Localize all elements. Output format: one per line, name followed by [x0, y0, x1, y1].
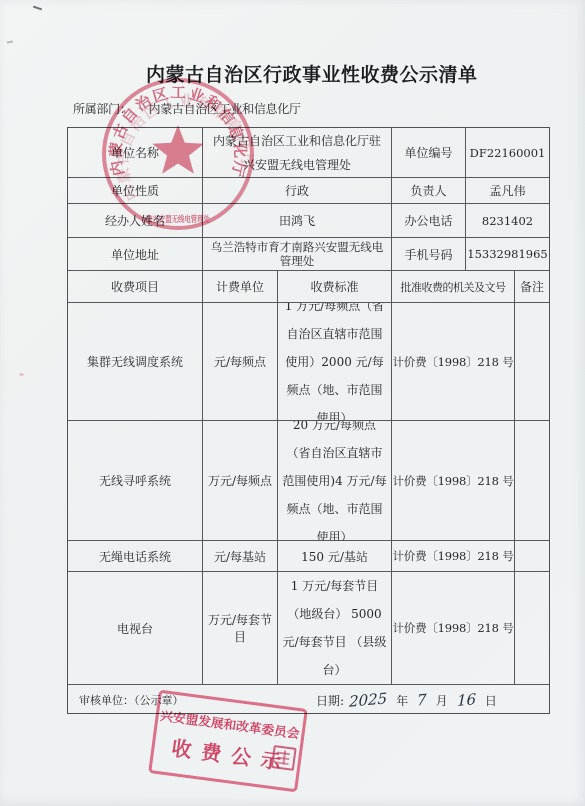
fee-standard: 1 万元/每频点（省自治区直辖市范围使用）2000 元/每频点（地、市范围使用）: [278, 303, 392, 421]
fee-row: 无线寻呼系统 万元/每频点 20 万元/每频点（省自治区直辖市范围使用)4 万元…: [68, 421, 549, 541]
date-line: 日期: 2025 年 7 月 16 日: [316, 691, 501, 709]
handwritten-month: 7: [417, 691, 427, 710]
fee-authority: 计价费〔1998〕218 号: [392, 541, 515, 572]
mobile-label: 手机号码: [392, 238, 466, 271]
round-official-seal-icon: 内蒙古自治区工业和信息化厅 内蒙古自治区工业和信息化厅 驻兴安盟无线电管理处: [99, 75, 259, 235]
unit-code-label: 单位编号: [392, 128, 466, 178]
handwritten-year: 2025: [349, 689, 387, 710]
fee-item: 无绳电话系统: [68, 541, 203, 572]
principal-label: 负责人: [392, 178, 466, 204]
fee-row: 集群无线调度系统 元/每频点 1 万元/每频点（省自治区直辖市范围使用）2000…: [68, 303, 549, 421]
fee-authority: 计价费〔1998〕218 号: [392, 303, 515, 421]
fee-row: 无绳电话系统 元/每基站 150 元/基站 计价费〔1998〕218 号: [68, 541, 549, 572]
fee-item: 电视台: [68, 572, 203, 685]
handwritten-day: 16: [457, 690, 476, 710]
fee-standard: 150 元/基站: [278, 541, 392, 572]
fee-authority: 计价费〔1998〕218 号: [392, 421, 515, 541]
fee-authority: 计价费〔1998〕218 号: [392, 572, 515, 685]
seal-inner-text: 驻兴安盟无线电管理处: [146, 214, 210, 225]
col-header-authority: 批准收费的机关及文号: [392, 271, 515, 303]
fee-note: [515, 541, 549, 572]
month-suffix: 月: [436, 692, 448, 709]
fee-header-row: 收费项目 计费单位 收费标准 批准收费的机关及文号 备注: [68, 271, 549, 303]
fee-note: [515, 572, 549, 685]
col-header-note: 备注: [515, 271, 549, 303]
unit-code-value: DF22160001: [466, 128, 549, 178]
date-label: 日期:: [316, 692, 344, 709]
review-footer-cell: 审核单位：（公示章） 日期: 2025 年 7 月 16 日: [68, 685, 549, 715]
address-label: 单位地址: [68, 238, 203, 271]
mobile-value: 15332981965: [466, 238, 549, 271]
fee-unit: 万元/每套节目: [203, 572, 278, 685]
table-row: 单位地址 乌兰浩特市育才南路兴安盟无线电管理处 手机号码 15332981965: [68, 238, 549, 271]
office-phone-value: 8231402: [466, 204, 549, 238]
fee-unit: 元/每基站: [203, 541, 278, 572]
fee-note: [515, 303, 549, 421]
footer-row: 审核单位：（公示章） 日期: 2025 年 7 月 16 日: [68, 685, 549, 715]
scanned-document-page: 内蒙古自治区行政事业性收费公示清单 所属部门：内蒙古自治区工业和信息化厅 单位名…: [0, 0, 585, 806]
office-phone-label: 办公电话: [392, 204, 466, 238]
scan-speck: [33, 6, 42, 11]
seal-star-icon: [152, 125, 203, 174]
fee-row: 电视台 万元/每套节目 1 万元/每套节目（地级台） 5000 元/每套节目 （…: [68, 572, 549, 685]
year-suffix: 年: [396, 692, 408, 709]
signature-seal-icon: [271, 745, 297, 771]
principal-value: 孟凡伟: [466, 178, 549, 204]
day-suffix: 日: [485, 692, 497, 709]
scan-speck: [19, 373, 24, 376]
address-value: 乌兰浩特市育才南路兴安盟无线电管理处: [203, 238, 392, 271]
col-header-standard: 收费标准: [278, 271, 392, 303]
fee-item: 无线寻呼系统: [68, 421, 203, 541]
fee-standard: 1 万元/每套节目（地级台） 5000 元/每套节目 （县级台）: [278, 572, 392, 685]
fee-standard: 20 万元/每频点（省自治区直辖市范围使用)4 万元/每频点（地、市范围使用）: [278, 421, 392, 541]
col-header-item: 收费项目: [68, 271, 203, 303]
fee-unit: 万元/每频点: [203, 421, 278, 541]
scan-speck: [7, 40, 13, 43]
fee-item: 集群无线调度系统: [68, 303, 203, 421]
col-header-unit: 计费单位: [203, 271, 278, 303]
fee-unit: 元/每频点: [203, 303, 278, 421]
fee-note: [515, 421, 549, 541]
